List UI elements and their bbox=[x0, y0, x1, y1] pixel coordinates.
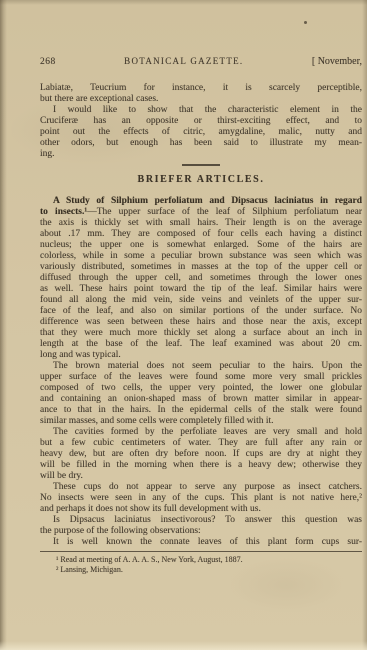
article-paragraph-6: It is well known the connate leaves of t… bbox=[40, 537, 362, 548]
journal-title: BOTANICAL GAZETTE. bbox=[56, 56, 312, 67]
article-paragraph-5: Is Dipsacus laciniatus insectivorous? To… bbox=[40, 515, 362, 537]
page-right-shadow bbox=[362, 0, 367, 650]
text-line: colorless, while in some a peculiar brow… bbox=[40, 251, 362, 262]
article-lead-paragraph: A Study of Silphium perfoliatum and Dips… bbox=[40, 196, 362, 361]
page-number: 268 bbox=[40, 57, 56, 68]
text-line: length at the base of the leaf. The leaf… bbox=[40, 339, 362, 350]
section-divider-rule bbox=[182, 164, 220, 166]
text-line: Cruciferæ has an opposite or thirst-exci… bbox=[40, 116, 362, 127]
text-line: composed of two cells, the upper very po… bbox=[40, 383, 362, 394]
text-line: will be filled in the morning when there… bbox=[40, 460, 362, 471]
article-paragraph-3: The cavities formed by the perfoliate le… bbox=[40, 427, 362, 482]
page-content: 268 BOTANICAL GAZETTE. [ November, Labia… bbox=[40, 0, 362, 576]
page-bottom-highlight bbox=[0, 641, 367, 650]
text-line: the axis is thickly set with small hairs… bbox=[40, 218, 362, 229]
text-line: The brown material does not seem peculia… bbox=[40, 361, 362, 372]
text-line: ance to that in the hairs. In the epider… bbox=[40, 405, 362, 416]
text-line: heavy dew, but are often dry before noon… bbox=[40, 449, 362, 460]
page-header: 268 BOTANICAL GAZETTE. [ November, bbox=[40, 56, 362, 68]
text-line: variously distributed, sometimes in mass… bbox=[40, 262, 362, 273]
article-lead-text: —The upper surface of the leaf of Silphi… bbox=[87, 207, 362, 217]
text-line: Is Dipsacus laciniatus insectivorous? To… bbox=[40, 515, 362, 526]
text-line: will be dry. bbox=[40, 471, 362, 482]
intro-paragraph-continuation: Labiatæ, Teucrium for instance, it is sc… bbox=[40, 83, 362, 105]
text-line: about .17 mm. They are composed of four … bbox=[40, 229, 362, 240]
text-line: The cavities formed by the perfoliate le… bbox=[40, 427, 362, 438]
footnotes: ¹ Read at meeting of A. A. A. S., New Yo… bbox=[40, 555, 362, 576]
text-line: as well. These hairs point toward the ti… bbox=[40, 284, 362, 295]
footnote-1: ¹ Read at meeting of A. A. A. S., New Yo… bbox=[40, 555, 362, 566]
text-line: long and was typical. bbox=[40, 350, 362, 361]
footnote-rule bbox=[40, 551, 362, 552]
text-line: point out the effects of citric, amygdal… bbox=[40, 127, 362, 138]
text-line: similar masses, and some cells were comp… bbox=[40, 416, 362, 427]
intro-paragraph-2: I would like to show that the characteri… bbox=[40, 105, 362, 160]
article-lead-line: to insects.¹—The upper surface of the le… bbox=[40, 207, 362, 218]
text-line: and containing an onion-shaped mass of b… bbox=[40, 394, 362, 405]
text-line: that they were much more thickly set alo… bbox=[40, 328, 362, 339]
text-line: but there are exceptional cases. bbox=[40, 94, 362, 105]
text-line: nucleus; the upper one is somewhat enlar… bbox=[40, 240, 362, 251]
text-line: the purpose of the following observation… bbox=[40, 526, 362, 537]
text-line: but a few cubic centimeters of water. Th… bbox=[40, 438, 362, 449]
text-line: face of the leaf, and also on similar po… bbox=[40, 306, 362, 317]
text-line: other odors, but enough has been said to… bbox=[40, 138, 362, 149]
text-line: Labiatæ, Teucrium for instance, it is sc… bbox=[40, 83, 362, 94]
article-heading-line: A Study of Silphium perfoliatum and Dips… bbox=[40, 196, 362, 207]
text-line: It is well known the connate leaves of t… bbox=[40, 537, 362, 548]
article-paragraph-2: The brown material does not seem peculia… bbox=[40, 361, 362, 427]
section-title: BRIEFER ARTICLES. bbox=[40, 173, 362, 186]
scanned-page: 268 BOTANICAL GAZETTE. [ November, Labia… bbox=[0, 0, 367, 650]
article-paragraph-1-body: the axis is thickly set with small hairs… bbox=[40, 218, 362, 361]
text-line: found all along the mid vein, side veins… bbox=[40, 295, 362, 306]
article-heading-tail: to insects.¹ bbox=[40, 207, 87, 217]
footnote-2: ² Lansing, Michigan. bbox=[40, 565, 362, 576]
text-line: No insects were seen in any of the cups.… bbox=[40, 493, 362, 504]
text-line: difference was seen between these hairs … bbox=[40, 317, 362, 328]
article-paragraph-4: These cups do not appear to serve any pu… bbox=[40, 482, 362, 515]
text-line: ing. bbox=[40, 149, 362, 160]
issue-date: [ November, bbox=[312, 56, 362, 67]
text-line: I would like to show that the characteri… bbox=[40, 105, 362, 116]
text-line: and perhaps it does not show its full de… bbox=[40, 504, 362, 515]
text-line: diffused through the upper cell, and som… bbox=[40, 273, 362, 284]
text-line: upper surface of the leaves were found s… bbox=[40, 372, 362, 383]
page-left-shadow bbox=[0, 0, 7, 650]
text-line: These cups do not appear to serve any pu… bbox=[40, 482, 362, 493]
